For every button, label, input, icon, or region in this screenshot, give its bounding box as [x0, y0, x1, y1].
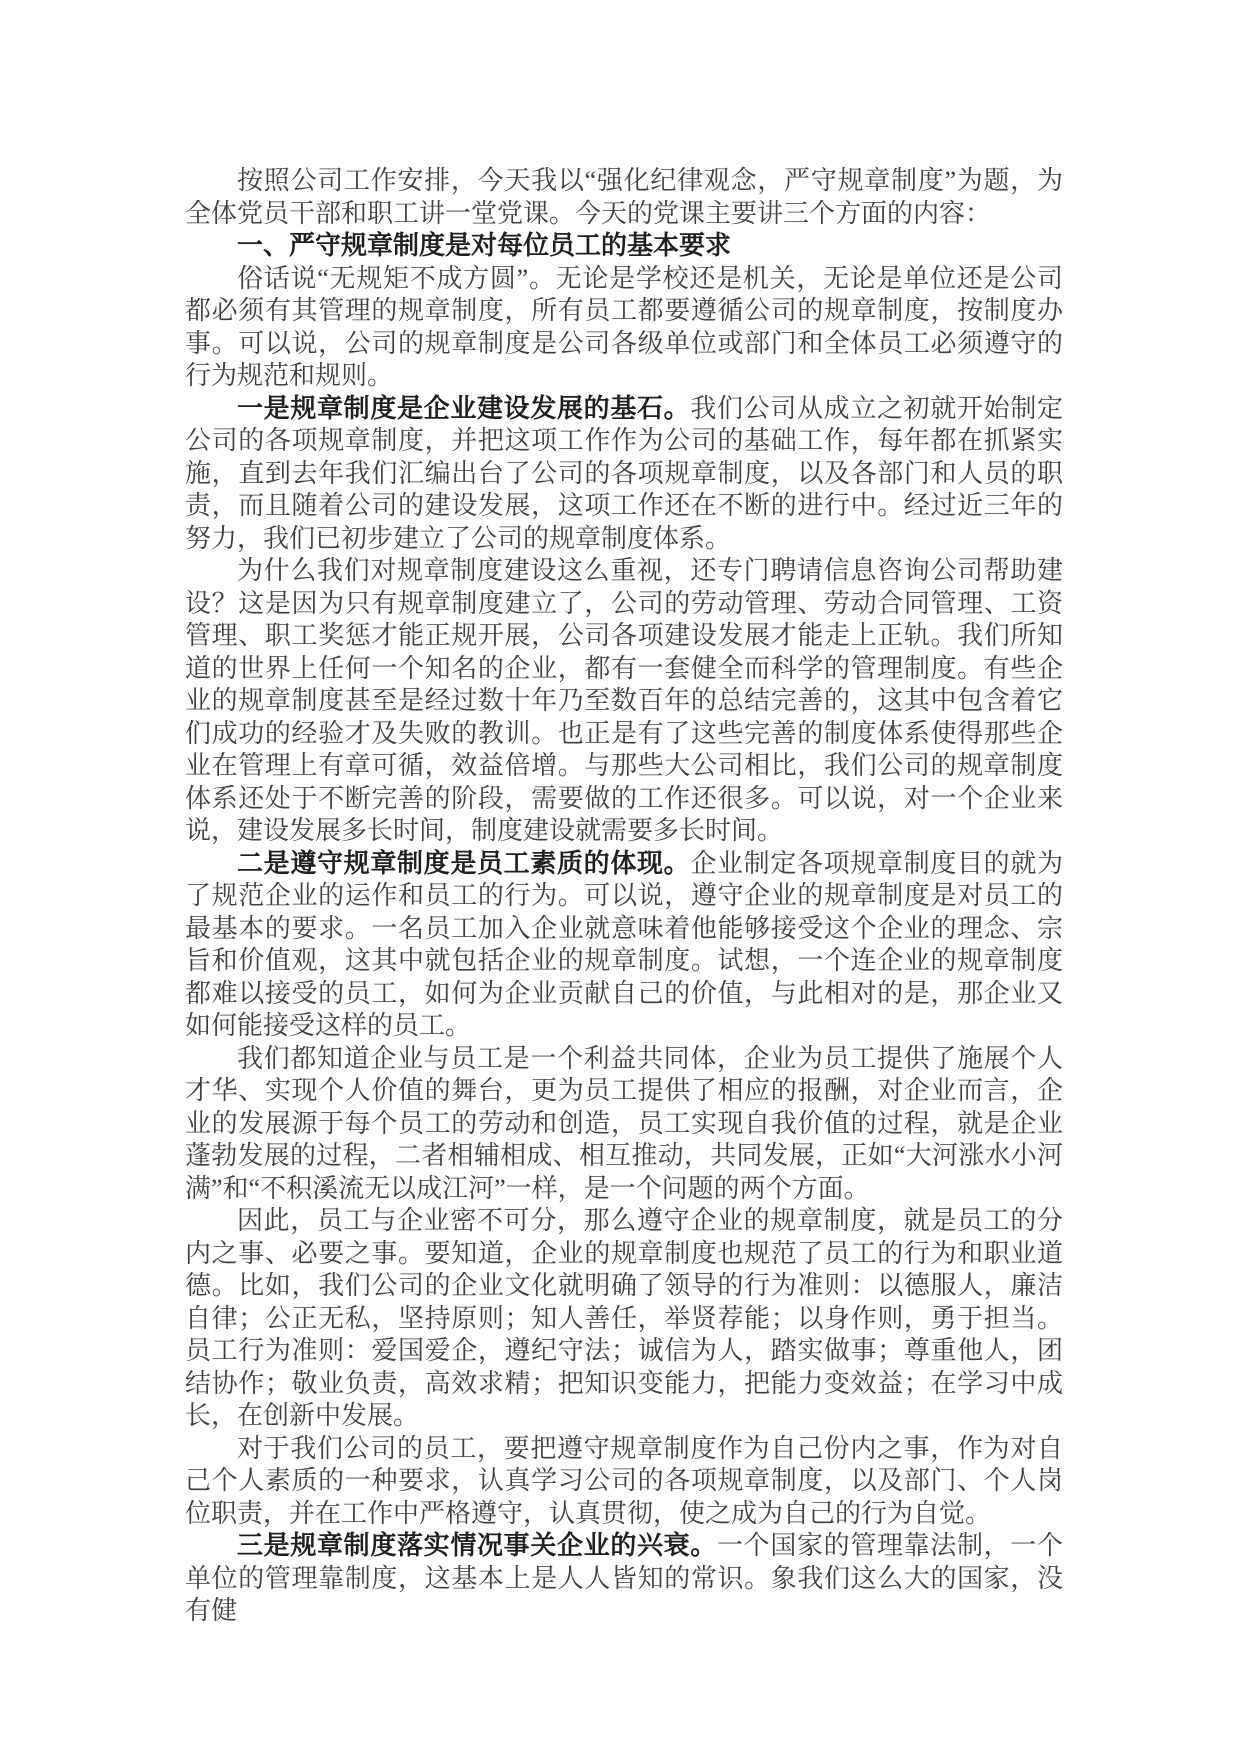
paragraph-point3: 三是规章制度落实情况事关企业的兴衰。一个国家的管理靠法制，一个单位的管理靠制度，… — [185, 1530, 1063, 1628]
paragraph-rules-common: 俗话说“无规矩不成方圆”。无论是学校还是机关，无论是单位还是公司都必须有其管理的… — [185, 263, 1063, 393]
paragraph-for-employees: 对于我们公司的员工，要把遵守规章制度作为自己份内之事，作为对自己个人素质的一种要… — [185, 1433, 1063, 1531]
paragraph-why-important: 为什么我们对规章制度建设这么重视，还专门聘请信息咨询公司帮助建设？这是因为只有规… — [185, 555, 1063, 848]
run-in-heading-point2: 二是遵守规章制度是员工素质的体现。 — [237, 849, 690, 878]
document-page: 按照公司工作安排，今天我以“强化纪律观念，严守规章制度”为题，为全体党员干部和职… — [0, 0, 1240, 1754]
paragraph-point1: 一是规章制度是企业建设发展的基石。我们公司从成立之初就开始制定公司的各项规章制度… — [185, 393, 1063, 556]
paragraph-common-interest: 我们都知道企业与员工是一个利益共同体，企业为员工提供了施展个人才华、实现个人价值… — [185, 1043, 1063, 1206]
paragraph-point2: 二是遵守规章制度是员工素质的体现。企业制定各项规章制度目的就为了规范企业的运作和… — [185, 848, 1063, 1043]
paragraph-therefore: 因此，员工与企业密不可分，那么遵守企业的规章制度，就是员工的分内之事、必要之事。… — [185, 1205, 1063, 1433]
section-heading-1: 一、严守规章制度是对每位员工的基本要求 — [185, 230, 1063, 263]
run-in-heading-point3: 三是规章制度落实情况事关企业的兴衰。 — [237, 1531, 717, 1560]
run-in-heading-point1: 一是规章制度是企业建设发展的基石。 — [237, 394, 690, 423]
paragraph-intro: 按照公司工作安排，今天我以“强化纪律观念，严守规章制度”为题，为全体党员干部和职… — [185, 165, 1063, 230]
